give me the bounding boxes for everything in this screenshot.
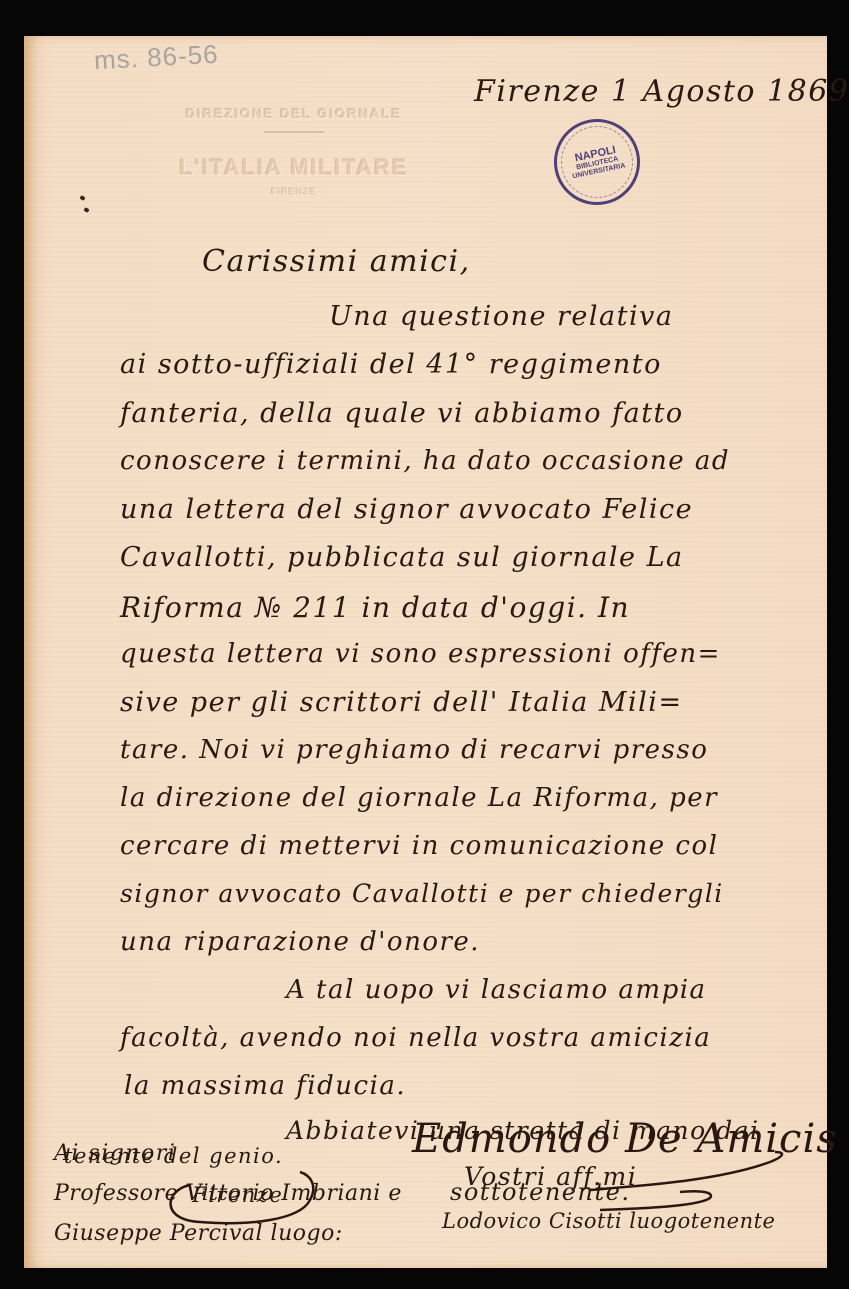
dateline: Firenze 1 Agosto 1869 xyxy=(474,74,849,109)
body-line: la direzione del giornale La Riforma, pe… xyxy=(120,783,718,813)
letterhead-rule xyxy=(264,131,324,133)
shelfmark: ms. 86-56 xyxy=(93,39,219,76)
body-line: ai sotto-uffiziali del 41° reggimento xyxy=(120,349,662,380)
salutation: Carissimi amici, xyxy=(202,244,471,279)
letterhead-subtitle: FIRENZE xyxy=(154,187,434,197)
body-line: una lettera del signor avvocato Felice xyxy=(120,494,693,525)
body-line: Una questione relativa xyxy=(329,301,673,332)
library-stamp: NAPOLI BIBLIOTECA UNIVERSITARIA xyxy=(546,111,648,213)
letterhead-title: L'ITALIA MILITARE xyxy=(154,155,434,181)
body-line: una riparazione d'onore. xyxy=(120,927,480,957)
body-line: fanteria, della quale vi abbiamo fatto xyxy=(120,398,684,429)
body-line: questa lettera vi sono espressioni offen… xyxy=(120,639,721,669)
body-line: A tal uopo vi lasciamo ampia xyxy=(286,975,707,1005)
stamp-ring xyxy=(554,119,639,204)
body-line: facoltà, avendo noi nella vostra amicizi… xyxy=(120,1023,711,1053)
body-line: signor avvocato Cavallotti e per chieder… xyxy=(120,879,724,908)
city-flourish xyxy=(160,1160,330,1230)
body-line: tare. Noi vi preghiamo di recarvi presso xyxy=(120,735,708,765)
body-line: Cavallotti, pubblicata sul giornale La xyxy=(120,542,684,573)
body-line: conoscere i termini, ha dato occasione a… xyxy=(120,446,730,476)
letter-page: ms. 86-56 DIREZIONE DEL GIORNALE L'ITALI… xyxy=(24,36,827,1268)
ink-marks xyxy=(80,196,90,222)
embossed-letterhead: DIREZIONE DEL GIORNALE L'ITALIA MILITARE… xyxy=(154,106,434,197)
body-line: sive per gli scrittori dell' Italia Mili… xyxy=(120,687,683,718)
letterhead-arc-text: DIREZIONE DEL GIORNALE xyxy=(154,106,434,121)
body-line: Riforma № 211 in data d'oggi. In xyxy=(120,591,630,624)
signature-flourish xyxy=(560,1150,800,1230)
body-line: cercare di mettervi in comunicazione col xyxy=(120,831,718,861)
body-line: la massima fiducia. xyxy=(124,1071,406,1101)
